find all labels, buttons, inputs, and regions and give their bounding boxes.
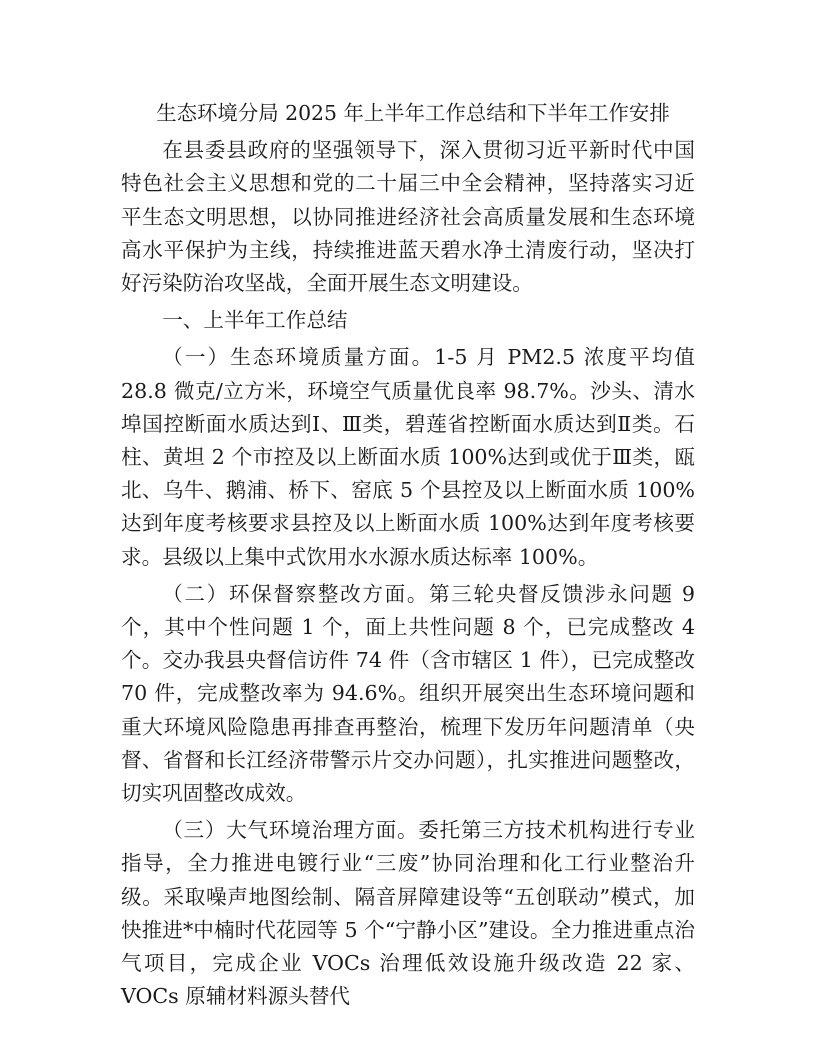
paragraph-ecological-quality: （一）生态环境质量方面。1-5 月 PM2.5 浓度平均值 28.8 微克/立方… (121, 341, 695, 573)
intro-paragraph: 在县委县政府的坚强领导下，深入贯彻习近平新时代中国特色社会主义思想和党的二十届三… (121, 134, 695, 300)
document-title: 生态环境分局 2025 年上半年工作总结和下半年工作安排 (121, 97, 695, 130)
paragraph-air-governance: （三）大气环境治理方面。委托第三方技术机构进行专业指导，全力推进电镀行业“三废”… (121, 814, 695, 1013)
paragraph-inspection-rectification: （二）环保督察整改方面。第三轮央督反馈涉永问题 9 个，其中个性问题 1 个，面… (121, 578, 695, 810)
section-heading: 一、上半年工作总结 (121, 304, 695, 337)
document-page: 生态环境分局 2025 年上半年工作总结和下半年工作安排 在县委县政府的坚强领导… (121, 97, 695, 1017)
